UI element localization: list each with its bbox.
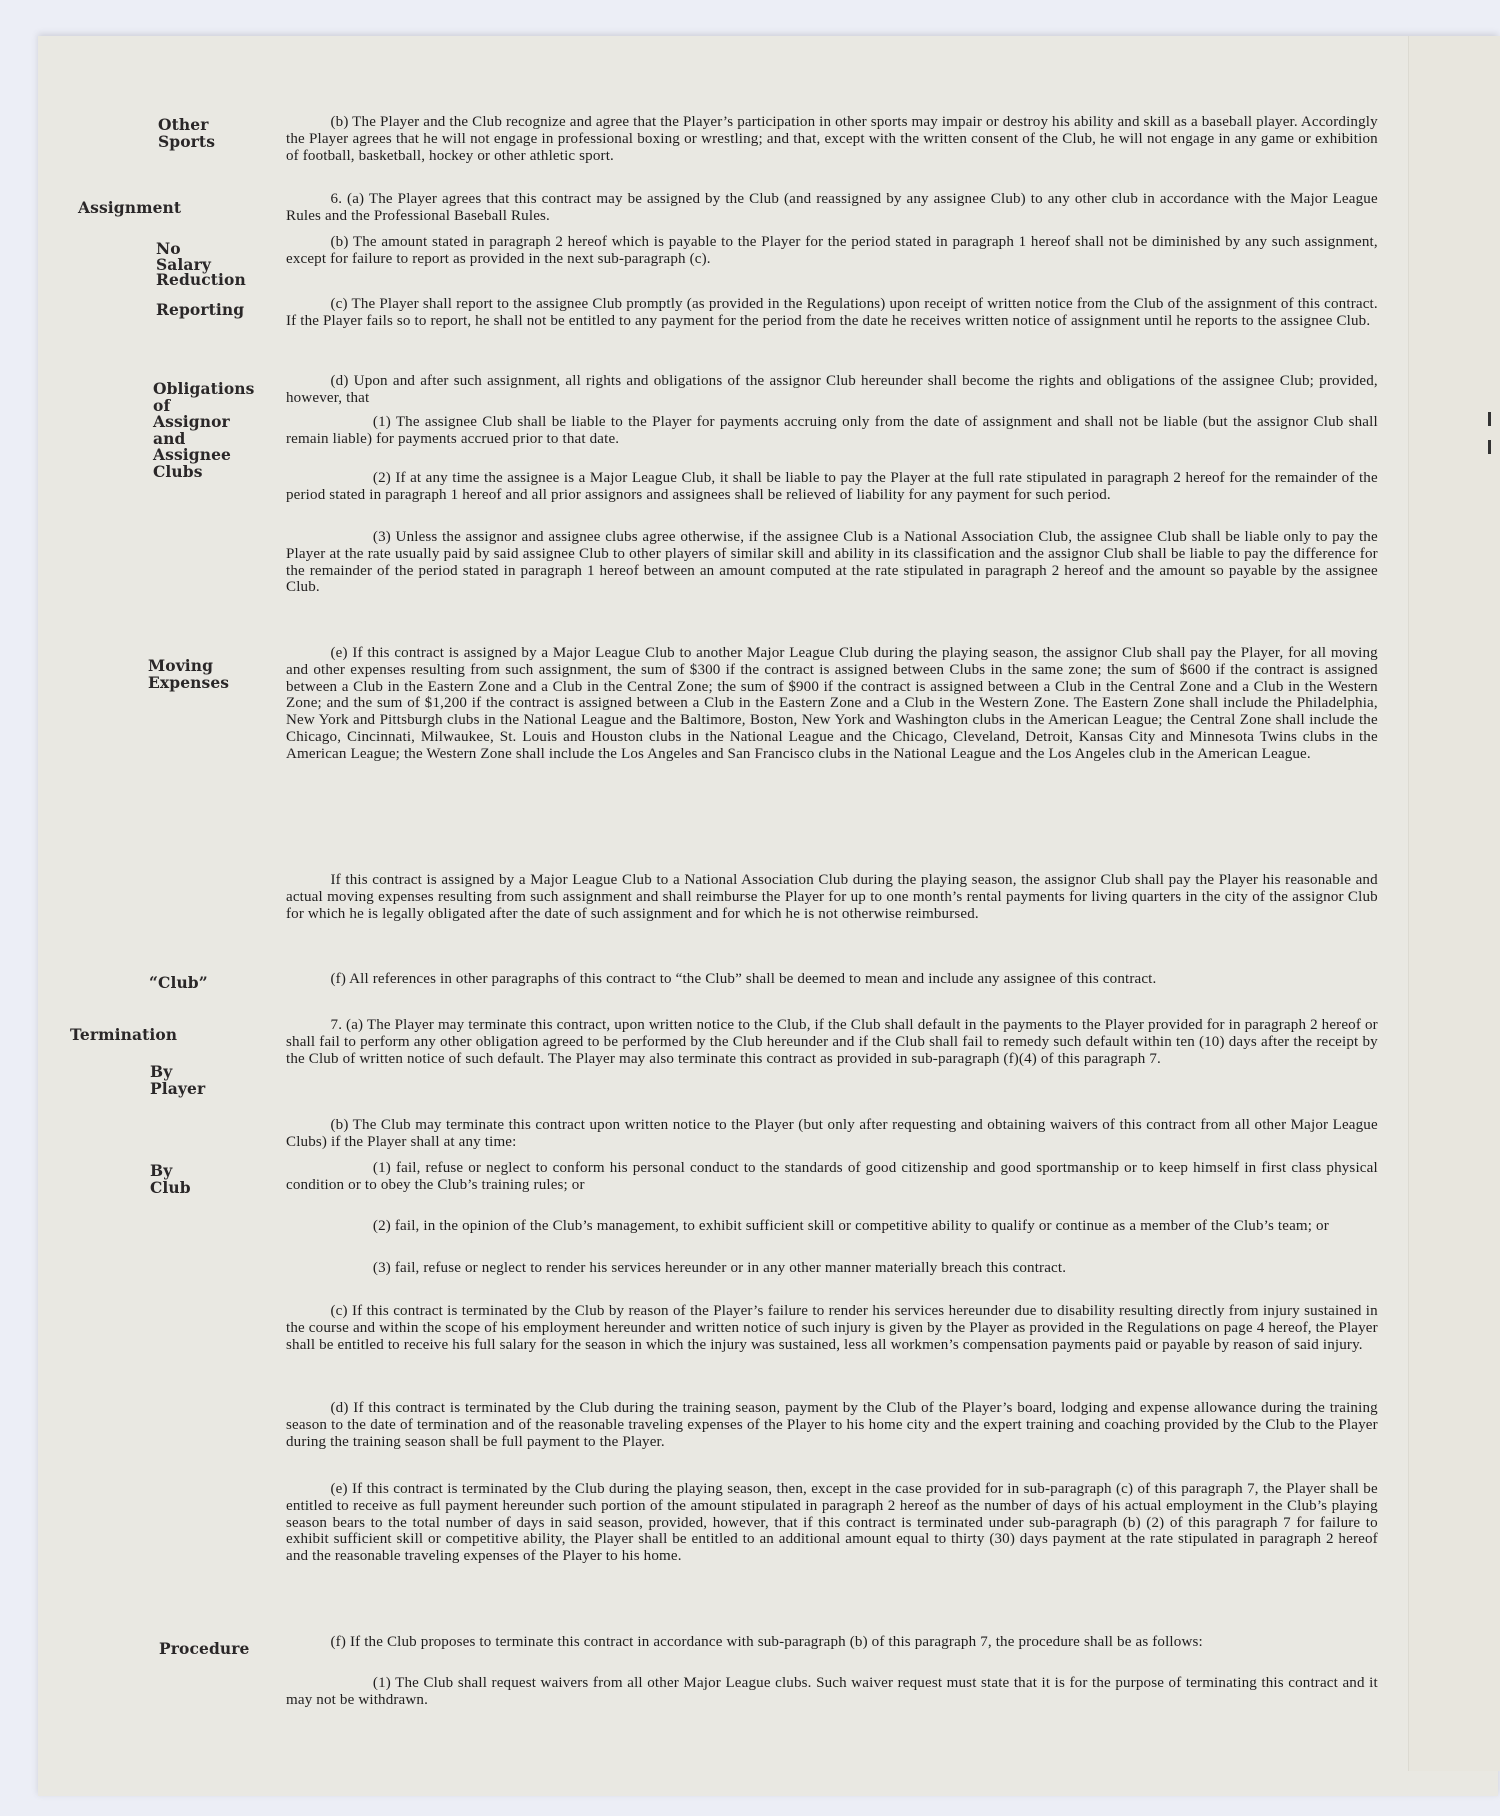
margin-mark [1488,440,1491,454]
label-by-player: By Player [150,1064,205,1097]
paragraph-7b3: (3) fail, refuse or neglect to render hi… [286,1260,1378,1277]
paragraph-5b: (b) The Player and the Club recognize an… [286,114,1378,164]
label-obligations: Obligations of Assignor and Assignee Clu… [153,381,254,480]
paragraph-6b: (b) The amount stated in paragraph 2 her… [286,234,1378,268]
paragraph-6a: 6. (a) The Player agrees that this contr… [286,191,1378,225]
label-by-club: By Club [150,1163,191,1196]
adjacent-page-edge [1408,36,1500,1771]
label-no-salary-reduction: No Salary Reduction [156,241,246,288]
paragraph-7b: (b) The Club may terminate this contract… [286,1117,1378,1151]
label-termination: Termination [70,1027,177,1044]
label-club-definition: “Club” [149,975,208,992]
label-moving-expenses: Moving Expenses [148,658,229,691]
paragraph-7e: (e) If this contract is terminated by th… [286,1481,1378,1565]
label-reporting: Reporting [156,302,244,319]
paragraph-7b1: (1) fail, refuse or neglect to conform h… [286,1160,1378,1194]
paragraph-7d: (d) If this contract is terminated by th… [286,1400,1378,1450]
label-procedure: Procedure [159,1641,250,1658]
paragraph-6c: (c) The Player shall report to the assig… [286,296,1378,330]
paragraph-7a: 7. (a) The Player may terminate this con… [286,1017,1378,1067]
label-assignment: Assignment [78,200,181,217]
paragraph-6d1: (1) The assignee Club shall be liable to… [286,414,1378,448]
paragraph-6e: (e) If this contract is assigned by a Ma… [286,645,1378,763]
paragraph-6f: (f) All references in other paragraphs o… [286,971,1378,988]
paragraph-7c: (c) If this contract is terminated by th… [286,1303,1378,1353]
paragraph-7f1: (1) The Club shall request waivers from … [286,1675,1378,1709]
label-other-sports: Other Sports [158,117,215,150]
margin-mark [1488,412,1491,426]
paragraph-7f: (f) If the Club proposes to terminate th… [286,1634,1378,1651]
paragraph-6e-national-association: If this contract is assigned by a Major … [286,872,1378,922]
paragraph-7b2: (2) fail, in the opinion of the Club’s m… [286,1218,1378,1235]
paragraph-6d3: (3) Unless the assignor and assignee clu… [286,529,1378,596]
paragraph-6d2: (2) If at any time the assignee is a Maj… [286,470,1378,504]
paragraph-6d: (d) Upon and after such assignment, all … [286,373,1378,407]
